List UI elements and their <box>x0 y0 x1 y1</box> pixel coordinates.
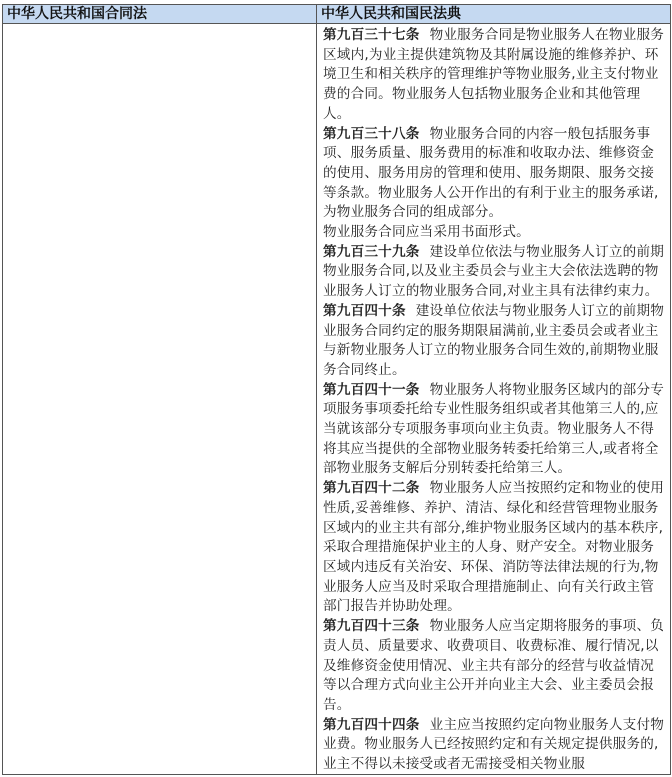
article-text: 物业服务合同应当采用书面形式。 <box>323 224 530 240</box>
contract-law-cell: 无规定 <box>3 24 317 775</box>
article-number: 第九百四十三条 <box>323 618 420 634</box>
article-paragraph: 第九百四十一条物业服务人将物业服务区域内的部分专项服务事项委托给专业性服务组织或… <box>323 381 666 480</box>
article-number: 第九百三十七条 <box>323 27 420 43</box>
article-list: 第九百三十七条物业服务合同是物业服务人在物业服务区域内,为业主提供建筑物及其附属… <box>323 26 666 772</box>
article-paragraph: 第九百三十七条物业服务合同是物业服务人在物业服务区域内,为业主提供建筑物及其附属… <box>323 26 666 125</box>
article-number: 第九百三十九条 <box>323 244 420 260</box>
article-text: 物业服务人应当按照约定和物业的使用性质,妥善维修、养护、清洁、绿化和经营管理物业… <box>323 480 664 614</box>
article-number: 第九百四十二条 <box>323 480 420 496</box>
article-number: 第九百四十四条 <box>323 717 420 733</box>
table-row: 无规定 第九百三十七条物业服务合同是物业服务人在物业服务区域内,为业主提供建筑物… <box>3 24 671 775</box>
article-paragraph: 第九百三十八条物业服务合同的内容一般包括服务事项、服务质量、服务费用的标准和收取… <box>323 125 666 224</box>
article-paragraph: 第九百四十二条物业服务人应当按照约定和物业的使用性质,妥善维修、养护、清洁、绿化… <box>323 479 666 617</box>
article-paragraph: 第九百三十九条建设单位依法与物业服务人订立的前期物业服务合同,以及业主委员会与业… <box>323 243 666 302</box>
header-row: 中华人民共和国合同法 中华人民共和国民法典 <box>3 5 671 24</box>
article-paragraph: 第九百四十四条业主应当按照约定向物业服务人支付物业费。物业服务人已经按照约定和有… <box>323 716 666 772</box>
article-number: 第九百三十八条 <box>323 126 420 142</box>
article-paragraph: 第九百四十条建设单位依法与物业服务人订立的前期物业服务合同约定的服务期限届满前,… <box>323 302 666 381</box>
article-paragraph: 第九百四十三条物业服务人应当定期将服务的事项、负责人员、质量要求、收费项目、收费… <box>323 617 666 716</box>
civil-code-cell: 第九百三十七条物业服务合同是物业服务人在物业服务区域内,为业主提供建筑物及其附属… <box>317 24 671 775</box>
article-number: 第九百四十条 <box>323 303 406 319</box>
article-paragraph: 物业服务合同应当采用书面形式。 <box>323 223 666 243</box>
law-comparison-table: 中华人民共和国合同法 中华人民共和国民法典 无规定 第九百三十七条物业服务合同是… <box>2 4 671 775</box>
article-number: 第九百四十一条 <box>323 382 420 398</box>
header-contract-law: 中华人民共和国合同法 <box>3 5 317 24</box>
header-civil-code: 中华人民共和国民法典 <box>317 5 671 24</box>
